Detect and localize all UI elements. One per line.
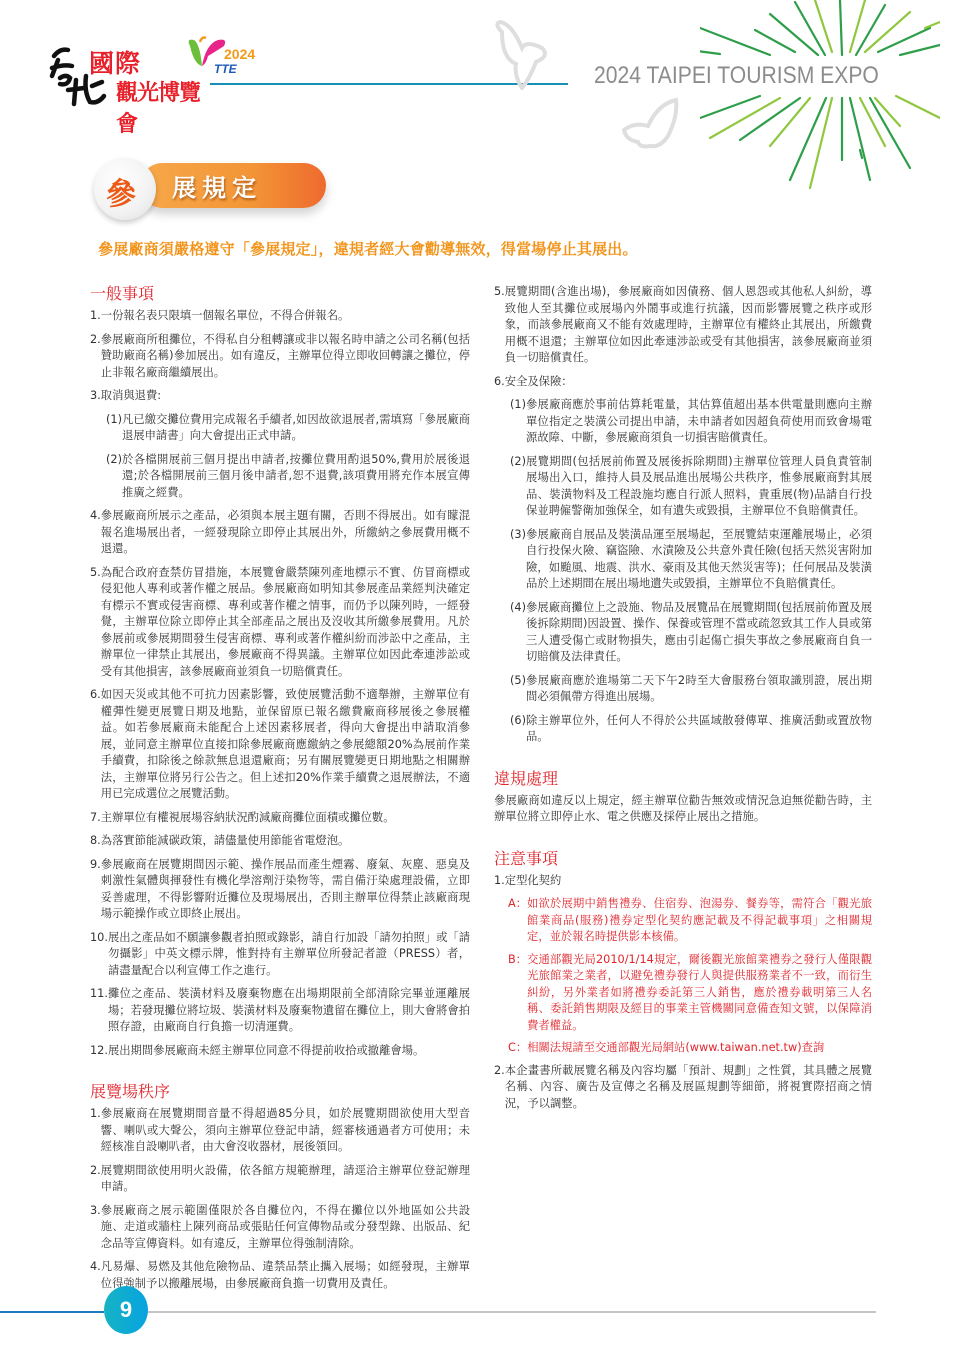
rules-notice: 參展廠商須嚴格遵守「參展規定」，違規者經大會勸導無效，得當場停止其展出。: [98, 238, 638, 259]
list-item: 3.取消與退費:: [90, 388, 470, 405]
sub-item: (1)參展廠商應於事前估算耗電量，其估算值超出基本供電量則應向主辦單位指定之裝潢…: [510, 397, 872, 447]
sub-item: (1)凡已繳交攤位費用完成報名手續者,如因故欲退展者,需填寫「參展廠商退展申請書…: [106, 412, 470, 445]
sub-item: (5)參展廠商應於進場第二天下午2時至大會服務台領取識別證，展出期間必須佩帶方得…: [510, 673, 872, 706]
logo-abbr: TTE: [214, 62, 237, 76]
butterfly-outline-icon: [620, 96, 680, 152]
list-item: 6.安全及保險：: [494, 374, 872, 391]
footer-divider-right: [146, 1311, 876, 1313]
expo-title: 2024 TAIPEI TOURISM EXPO: [594, 62, 879, 90]
list-item: 1.一份報名表只限填一個報名單位，不得合併報名。: [90, 308, 470, 325]
list-item: 2.參展廠商所租攤位，不得私自分租轉讓或非以報名時申請之公司名稱(包括贊助廠商名…: [90, 332, 470, 382]
butterfly-outline-icon: [492, 18, 552, 90]
note-sub-item: C：相關法規請至交通部觀光局網站(www.taiwan.net.tw)查詢: [508, 1040, 872, 1057]
list-item: 10.展出之產品如不願讓參觀者拍照或錄影，請自行加設「請勿拍照」或「請勿攝影」中…: [90, 930, 470, 980]
sub-item: (3)參展廠商自展品及裝潢品運至展場起，至展覽結束運離展場止，必須自行投保火險、…: [510, 527, 872, 593]
list-item: 11.攤位之產品、裝潢材料及廢棄物應在出場期限前全部清除完畢並運離展場；若發現攤…: [90, 986, 470, 1036]
section-banner: 展規定 參: [94, 158, 326, 214]
section-title-notes: 注意事項: [494, 849, 872, 869]
list-item: 12.展出期間參展廠商未經主辦單位同意不得提前收拾或撤離會場。: [90, 1043, 470, 1060]
sub-item: (4)參展廠商攤位上之設施、物品及展覽品在展覽期間(包括展前佈置及展後拆除期間)…: [510, 600, 872, 666]
list-item: 3.參展廠商之展示範圍僅限於各自攤位內，不得在攤位以外地區如公共設施、走道或牆柱…: [90, 1203, 470, 1253]
expo-logo: 國際 觀光博覽會 2024 TTE: [46, 36, 216, 110]
logo-text-guoji: 國際: [89, 44, 141, 80]
note-sub-item: A：如欲於展期中銷售禮券、住宿券、泡湯券、餐券等，需符合「觀光旅館業商品(服務)…: [508, 896, 872, 946]
footer-divider-left: [0, 1311, 104, 1313]
list-item: 5.展覽期間(含進出場)，參展廠商如因債務、個人恩怨或其他私人糾紛，導致他人至其…: [494, 284, 872, 367]
list-item: 8.為落實節能減碳政策，請儘量使用節能省電燈泡。: [90, 833, 470, 850]
sub-item: (6)除主辦單位外，任何人不得於公共區域散發傳單、推廣活動或置放物品。: [510, 713, 872, 746]
list-item: 1.定型化契約: [494, 873, 872, 890]
list-item: 6.如因天災或其他不可抗力因素影響，致使展覽活動不適舉辦，主辦單位有權彈性變更展…: [90, 687, 470, 803]
list-item: 7.主辦單位有權視展場容納狀況酌減廠商攤位面積或攤位數。: [90, 810, 470, 827]
list-item: 5.為配合政府查禁仿冒措施，本展覽會嚴禁陳列產地標示不實、仿冒商標或侵犯他人專利…: [90, 565, 470, 681]
list-item: 4.凡易爆、易燃及其他危險物品、違禁品禁止攜入展場；如經發現，主辦單位得強制予以…: [90, 1259, 470, 1292]
banner-title: 展規定: [172, 168, 262, 203]
section-title-general: 一般事項: [90, 284, 470, 304]
right-column: 5.展覽期間(含進出場)，參展廠商如因債務、個人恩怨或其他私人糾紛，導致他人至其…: [494, 284, 872, 1119]
list-item: 9.參展廠商在展覽期間因示範、操作展品而產生煙霧、廢氣、灰塵、惡臭及刺激性氣體與…: [90, 857, 470, 923]
section-title-order: 展覽場秩序: [90, 1082, 470, 1102]
list-item: 2.展覽期間欲使用明火設備，依各館方規範辦理，請逕洽主辦單位登記辦理申請。: [90, 1163, 470, 1196]
page-number-badge: 9: [104, 1286, 148, 1334]
list-item: 4.參展廠商所展示之產品，必須與本展主題有關，否則不得展出。如有矇混報名進場展出…: [90, 508, 470, 558]
note-sub-item: B：交通部觀光局2010/1/14規定，爾後觀光旅館業禮券之發行人僅限觀光旅館業…: [508, 952, 872, 1035]
banner-circle-char: 參: [106, 169, 136, 213]
sub-item: (2)展覽期間(包括展前佈置及展後拆除期間)主辦單位管理人員負責管制展場出入口，…: [510, 454, 872, 520]
logo-text-expo: 觀光博覽會: [116, 76, 216, 138]
firework-burst-icon: [700, 0, 940, 195]
violation-text: 參展廠商如違反以上規定，經主辦單位勸告無效或情況急迫無從勸告時，主辦單位將立即停…: [494, 793, 872, 826]
list-item: 1.參展廠商在展覽期間音量不得超過85分貝，如於展覽期間欲使用大型音響、喇叭或大…: [90, 1106, 470, 1156]
list-item: 2.本企畫書所載展覽名稱及內容均屬「預計、規劃」之性質，其具體之展覽名稱、內容、…: [494, 1063, 872, 1113]
left-column: 一般事項 1.一份報名表只限填一個報名單位，不得合併報名。 2.參展廠商所租攤位…: [90, 284, 470, 1299]
logo-year: 2024: [224, 46, 255, 62]
section-title-violation: 違規處理: [494, 769, 872, 789]
sub-item: (2)於各檔開展前三個月提出申請者,按攤位費用酌退50%,費用於展後退還;於各檔…: [106, 452, 470, 502]
